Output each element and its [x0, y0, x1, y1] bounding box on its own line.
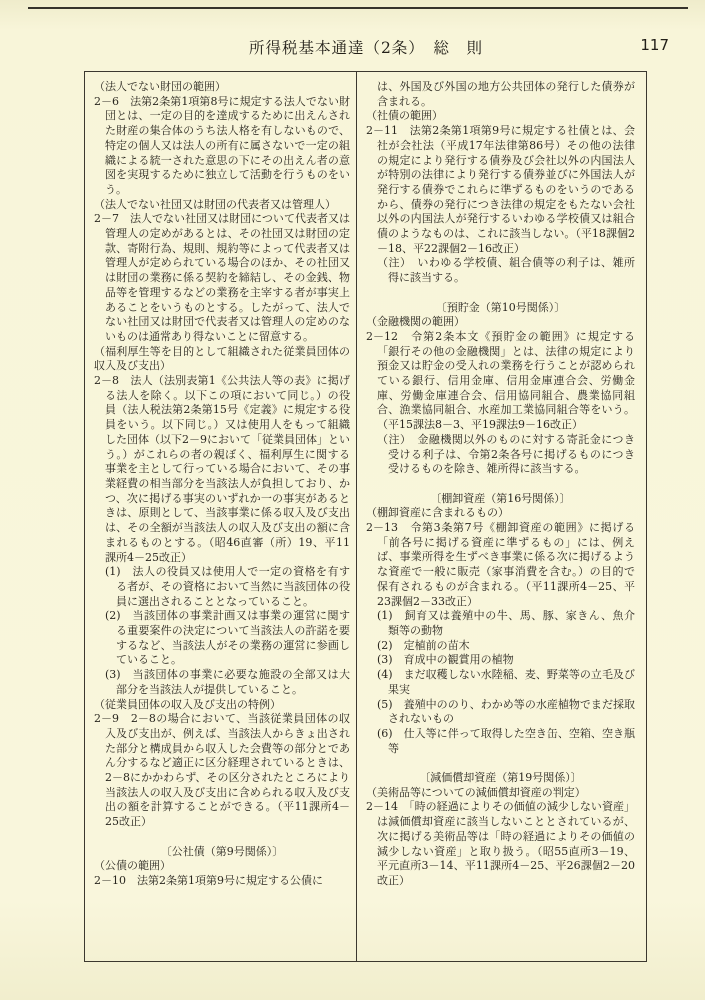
paren-heading: （美術品等についての減価償却資産の判定） [366, 786, 635, 801]
article-paragraph: 2－14 「時の経過によりその価値の減少しない資産」は減価償却資産に該当しないこ… [366, 800, 635, 888]
section-heading: 〔棚卸資産（第16号関係）〕 [366, 492, 635, 507]
column-right: は、外国及び外国の地方公共団体の発行した債券が含まれる。（社債の範囲）2－11 … [357, 72, 646, 961]
list-item: (6) 仕入等に伴って取得した空き缶、空箱、空き瓶等 [366, 727, 635, 756]
list-item: (2) 当該団体の事業計画又は事業の運営に関する重要案件の決定について当該法人の… [94, 609, 350, 668]
page-number: 117 [640, 36, 669, 54]
continuation-text: は、外国及び外国の地方公共団体の発行した債券が含まれる。 [366, 80, 635, 109]
column-left: （法人でない財団の範囲）2－6 法第2条第1項第8号に規定する法人でない財団とは… [85, 72, 357, 961]
paren-heading: （社債の範囲） [366, 109, 635, 124]
note-paragraph: （注） 金融機関以外のものに対する寄託金につき受ける利子は、令第2条各号に掲げる… [366, 433, 635, 477]
article-paragraph: 2－12 令第2条本文《預貯金の範囲》に規定する「銀行その他の金融機関」とは、法… [366, 330, 635, 433]
section-heading: 〔預貯金（第10号関係）〕 [366, 301, 635, 316]
article-paragraph: 2－8 法人（法別表第1《公共法人等の表》に掲げる法人を除く。以下この項において… [94, 374, 350, 565]
content-box: （法人でない財団の範囲）2－6 法第2条第1項第8号に規定する法人でない財団とは… [84, 71, 647, 962]
article-paragraph: 2－6 法第2条第1項第8号に規定する法人でない財団とは、一定の目的を達成するた… [94, 95, 350, 198]
paren-heading: （法人でない社団又は財団の代表者又は管理人） [94, 198, 350, 213]
page-header-title: 所得税基本通達（2条） 総 則 [84, 36, 648, 58]
article-paragraph: 2－9 2－8の場合において、当該従業員団体の収入及び支出が、例えば、当該法人か… [94, 712, 350, 830]
paren-heading: （法人でない財団の範囲） [94, 80, 350, 95]
scanned-book-page: 所得税基本通達（2条） 総 則 117 （法人でない財団の範囲）2－6 法第2条… [0, 0, 705, 1000]
list-item: (1) 飼育又は養殖中の牛、馬、豚、家きん、魚介類等の動物 [366, 609, 635, 638]
article-paragraph: 2－11 法第2条第1項第9号に規定する社債とは、会社が会社法（平成17年法律第… [366, 124, 635, 256]
paren-heading: （公債の範囲） [94, 859, 350, 874]
list-item: (5) 養殖中ののり、わかめ等の水産植物でまだ採取されないもの [366, 698, 635, 727]
paren-heading: （棚卸資産に含まれるもの） [366, 506, 635, 521]
section-heading: 〔減価償却資産（第19号関係）〕 [366, 771, 635, 786]
note-paragraph: （注） いわゆる学校債、組合債等の利子は、雑所得に該当する。 [366, 256, 635, 285]
list-item: (2) 定植前の苗木 [366, 639, 635, 654]
article-paragraph: 2－13 令第3条第7号《棚卸資産の範囲》に掲げる「前各号に掲げる資産に準ずるも… [366, 521, 635, 609]
article-paragraph: 2－10 法第2条第1項第9号に規定する公債に [94, 874, 350, 889]
page-top-rule [28, 7, 688, 9]
paren-heading: （金融機関の範囲） [366, 315, 635, 330]
paren-heading: （従業員団体の収入及び支出の特例） [94, 698, 350, 713]
paren-heading: （福利厚生等を目的として組織された従業員団体の収入及び支出） [94, 345, 350, 374]
list-item: (3) 当該団体の事業に必要な施設の全部又は大部分を当該法人が提供していること。 [94, 668, 350, 697]
list-item: (3) 育成中の観賞用の植物 [366, 653, 635, 668]
list-item: (1) 法人の役員又は使用人で一定の資格を有する者が、その資格において当然に当該… [94, 565, 350, 609]
list-item: (4) まだ収穫しない水陸稲、麦、野菜等の立毛及び果実 [366, 668, 635, 697]
article-paragraph: 2－7 法人でない社団又は財団について代表者又は管理人の定めがあるとは、その社団… [94, 212, 350, 344]
section-heading: 〔公社債（第9号関係）〕 [94, 845, 350, 860]
